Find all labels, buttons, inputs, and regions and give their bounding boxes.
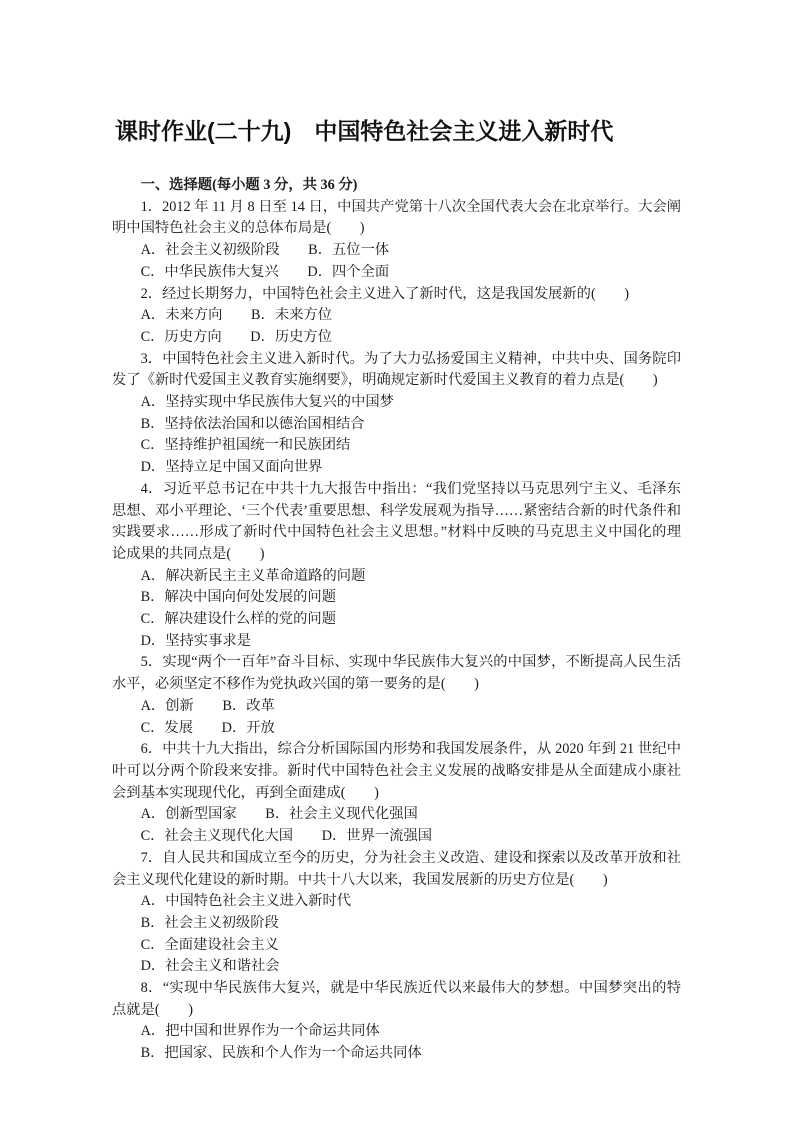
question-stem: 6．中共十九大指出，综合分析国际国内形势和我国发展条件，从 2020 年到 21… <box>112 739 681 804</box>
section-heading: 一、选择题(每小题 3 分，共 36 分) <box>112 175 681 197</box>
option-line: C．坚持维护祖国统一和民族团结 <box>112 435 681 457</box>
question-stem: 3．中国特色社会主义进入新时代。为了大力弘扬爱国主义精神，中共中央、国务院印发了… <box>112 349 681 392</box>
question-list: 1．2012 年 11 月 8 日至 14 日，中国共产党第十八次全国代表大会在… <box>112 197 681 1065</box>
option-line: C．解决建设什么样的党的问题 <box>112 609 681 631</box>
option-line: D．社会主义和谐社会 <box>112 956 681 978</box>
option-line: A．创新型国家 B．社会主义现代化强国 <box>112 804 681 826</box>
option-line: C．全面建设社会主义 <box>112 935 681 957</box>
option-line: D．坚持实事求是 <box>112 631 681 653</box>
option-line: C．社会主义现代化大国 D．世界一流强国 <box>112 826 681 848</box>
question-block: 3．中国特色社会主义进入新时代。为了大力弘扬爱国主义精神，中共中央、国务院印发了… <box>112 349 681 479</box>
worksheet-page: 课时作业(二十九) 中国特色社会主义进入新时代 一、选择题(每小题 3 分，共 … <box>0 0 793 1122</box>
question-stem: 5．实现“两个一百年”奋斗目标、实现中华民族伟大复兴的中国梦，不断提高人民生活水… <box>112 652 681 695</box>
option-line: B．把国家、民族和个人作为一个命运共同体 <box>112 1043 681 1065</box>
question-block: 7．自人民共和国成立至今的历史，分为社会主义改造、建设和探索以及改革开放和社会主… <box>112 848 681 978</box>
option-line: A．创新 B．改革 <box>112 696 681 718</box>
option-line: B．社会主义初级阶段 <box>112 913 681 935</box>
option-line: A．坚持实现中华民族伟大复兴的中国梦 <box>112 392 681 414</box>
question-stem: 8．“实现中华民族伟大复兴，就是中华民族近代以来最伟大的梦想。中国梦突出的特点就… <box>112 978 681 1021</box>
question-block: 4．习近平总书记在中共十九大报告中指出：“我们党坚持以马克思列宁主义、毛泽东思想… <box>112 479 681 653</box>
option-line: A．解决新民主主义革命道路的问题 <box>112 566 681 588</box>
option-line: C．中华民族伟大复兴 D．四个全面 <box>112 262 681 284</box>
question-block: 1．2012 年 11 月 8 日至 14 日，中国共产党第十八次全国代表大会在… <box>112 197 681 284</box>
option-line: D．坚持立足中国又面向世界 <box>112 457 681 479</box>
question-stem: 1．2012 年 11 月 8 日至 14 日，中国共产党第十八次全国代表大会在… <box>112 197 681 240</box>
page-title: 课时作业(二十九) 中国特色社会主义进入新时代 <box>115 117 681 145</box>
option-line: C．历史方向 D．历史方位 <box>112 327 681 349</box>
option-line: A．把中国和世界作为一个命运共同体 <box>112 1021 681 1043</box>
option-line: A．未来方向 B．未来方位 <box>112 305 681 327</box>
question-stem: 7．自人民共和国成立至今的历史，分为社会主义改造、建设和探索以及改革开放和社会主… <box>112 848 681 891</box>
option-line: A．中国特色社会主义进入新时代 <box>112 891 681 913</box>
question-stem: 4．习近平总书记在中共十九大报告中指出：“我们党坚持以马克思列宁主义、毛泽东思想… <box>112 479 681 566</box>
option-line: A．社会主义初级阶段 B．五位一体 <box>112 240 681 262</box>
option-line: B．坚持依法治国和以德治国相结合 <box>112 414 681 436</box>
question-block: 6．中共十九大指出，综合分析国际国内形势和我国发展条件，从 2020 年到 21… <box>112 739 681 848</box>
option-line: C．发展 D．开放 <box>112 718 681 740</box>
question-stem: 2．经过长期努力，中国特色社会主义进入了新时代，这是我国发展新的( ) <box>112 284 681 306</box>
option-line: B．解决中国向何处发展的问题 <box>112 587 681 609</box>
question-block: 5．实现“两个一百年”奋斗目标、实现中华民族伟大复兴的中国梦，不断提高人民生活水… <box>112 652 681 739</box>
question-block: 8．“实现中华民族伟大复兴，就是中华民族近代以来最伟大的梦想。中国梦突出的特点就… <box>112 978 681 1065</box>
question-block: 2．经过长期努力，中国特色社会主义进入了新时代，这是我国发展新的( ) A．未来… <box>112 284 681 349</box>
